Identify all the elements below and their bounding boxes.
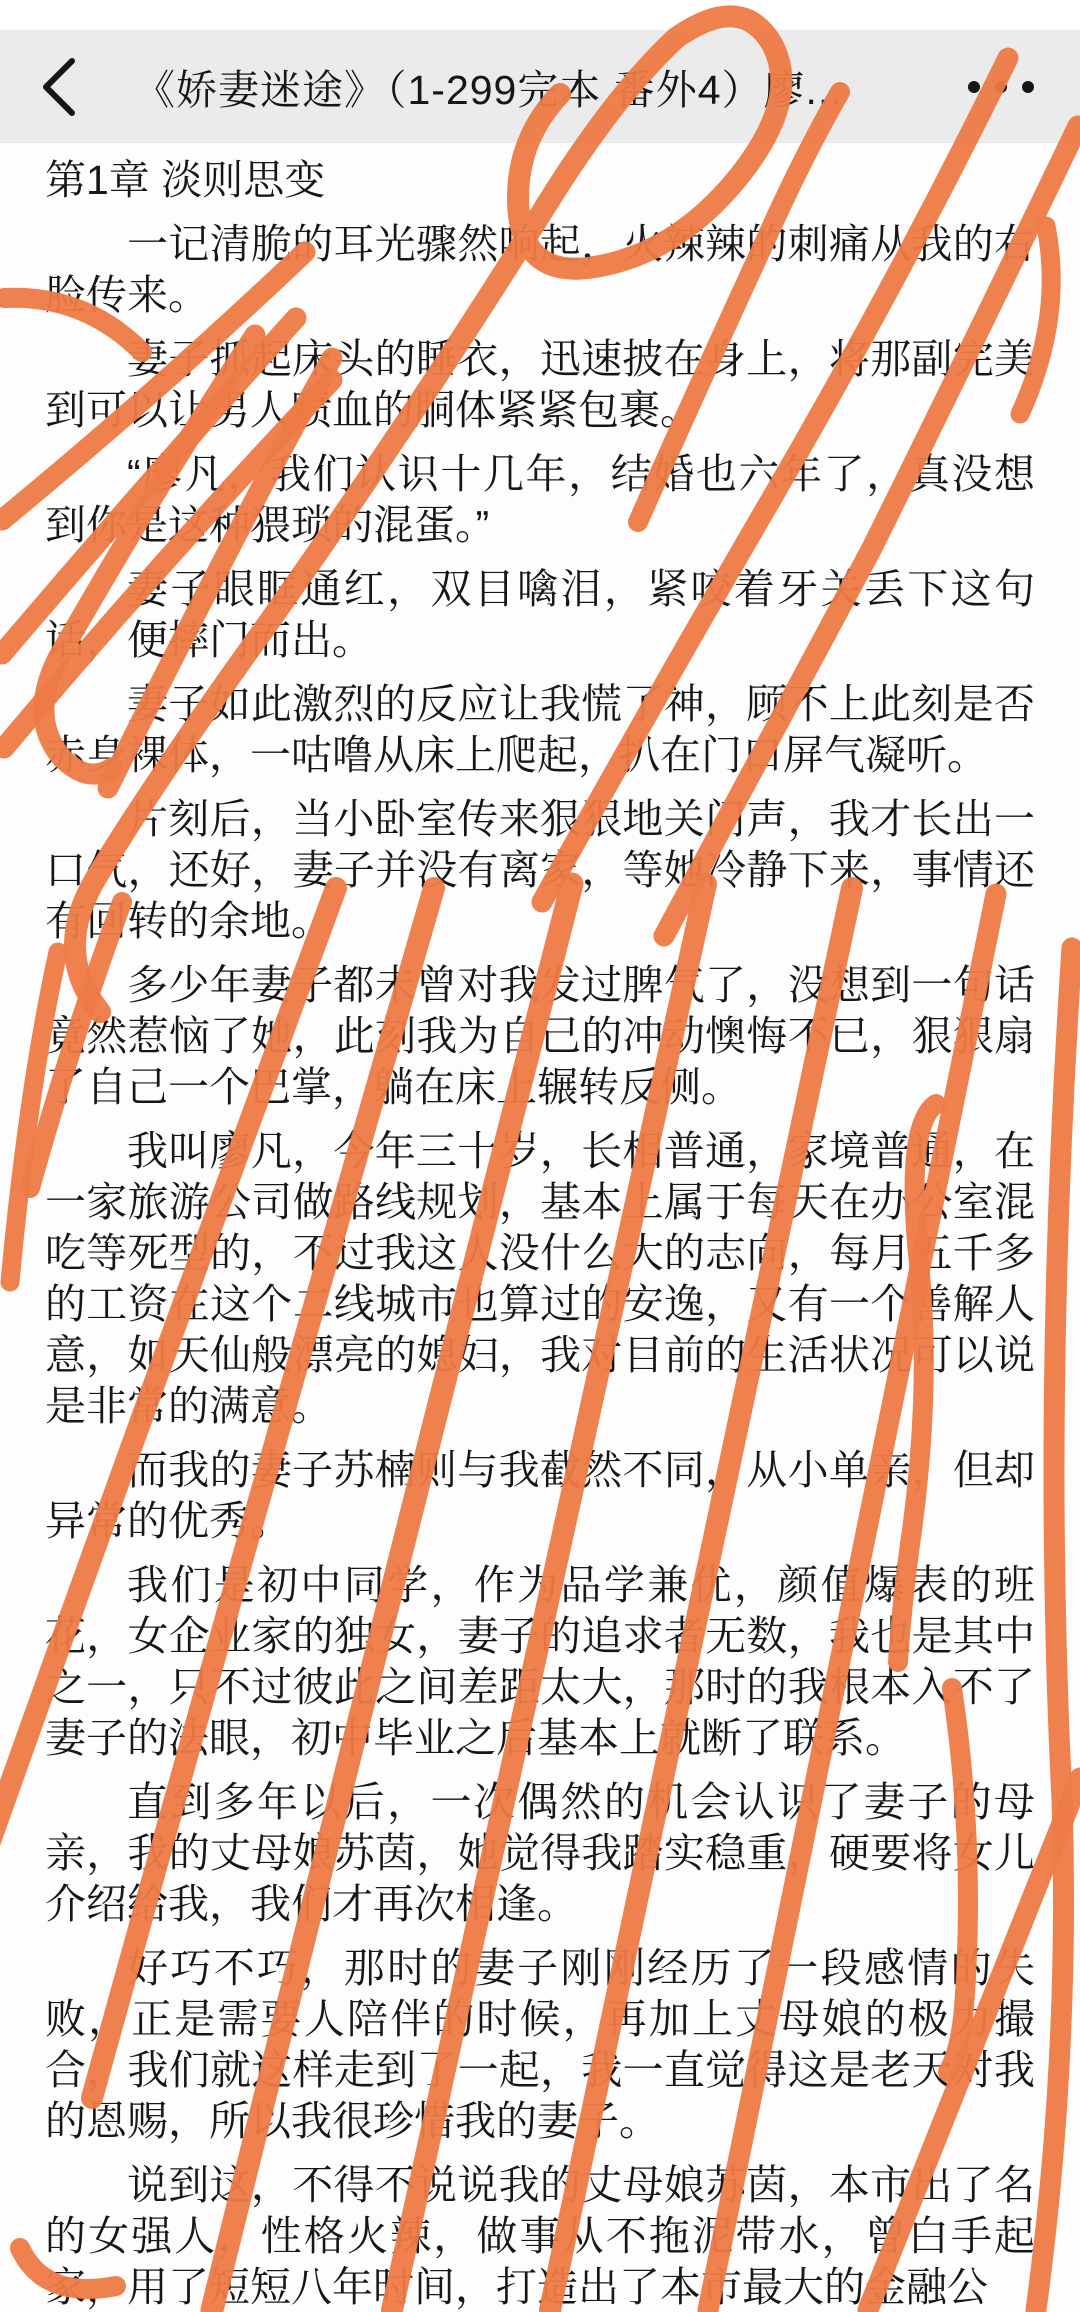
- paragraph: 妻子如此激烈的反应让我慌了神，顾不上此刻是否赤身裸体，一咕噜从床上爬起，扒在门口…: [45, 679, 1035, 781]
- ellipsis-icon: [968, 81, 980, 93]
- paragraph: 说到这，不得不说说我的丈母娘苏茵，本市出了名的女强人，性格火辣，做事从不拖泥带水…: [45, 2160, 1035, 2312]
- ellipsis-icon: [1022, 81, 1034, 93]
- paragraph: 一记清脆的耳光骤然响起，火辣辣的刺痛从我的右脸传来。: [45, 219, 1035, 321]
- paragraph: “廖凡，我们认识十几年，结婚也六年了，真没想到你是这种猥琐的混蛋。”: [45, 449, 1035, 551]
- paragraph: 我叫廖凡，今年三十岁，长相普通，家境普通，在一家旅游公司做路线规划，基本上属于每…: [45, 1126, 1035, 1432]
- paragraph: 好巧不巧，那时的妻子刚刚经历了一段感情的失败，正是需要人陪伴的时候，再加上丈母娘…: [45, 1943, 1035, 2147]
- chevron-left-icon: [38, 55, 78, 119]
- paragraph: 妻子眼眶通红，双目噙泪，紧咬着牙关丢下这句话，便摔门而出。: [45, 564, 1035, 666]
- status-bar: [0, 0, 1080, 30]
- ellipsis-icon: [995, 81, 1007, 93]
- page-title: 《娇妻迷途》（1-299完本 番外4）廖...: [134, 57, 948, 116]
- paragraph: 多少年妻子都未曾对我发过脾气了，没想到一句话竟然惹恼了她，此刻我为自己的冲动懊悔…: [45, 960, 1035, 1113]
- more-menu-button[interactable]: [968, 71, 1034, 103]
- paragraph: 而我的妻子苏楠则与我截然不同，从小单亲，但却异常的优秀。: [45, 1445, 1035, 1547]
- paragraph: 直到多年以后，一次偶然的机会认识了妻子的母亲，我的丈母娘苏茵，她觉得我踏实稳重，…: [45, 1777, 1035, 1930]
- paragraph: 我们是初中同学，作为品学兼优，颜值爆表的班花，女企业家的独女，妻子的追求者无数，…: [45, 1560, 1035, 1764]
- chapter-title: 第1章 淡则思变: [45, 155, 1035, 206]
- back-button[interactable]: [38, 55, 82, 119]
- paragraph: 妻子抓起床头的睡衣，迅速披在身上，将那副完美到可以让男人喷血的胴体紧紧包裹。: [45, 334, 1035, 436]
- navigation-bar: 《娇妻迷途》（1-299完本 番外4）廖...: [0, 30, 1080, 143]
- article-body: 第1章 淡则思变 一记清脆的耳光骤然响起，火辣辣的刺痛从我的右脸传来。 妻子抓起…: [0, 143, 1080, 2312]
- paragraph: 片刻后，当小卧室传来狠狠地关门声，我才长出一口气，还好，妻子并没有离家，等她冷静…: [45, 794, 1035, 947]
